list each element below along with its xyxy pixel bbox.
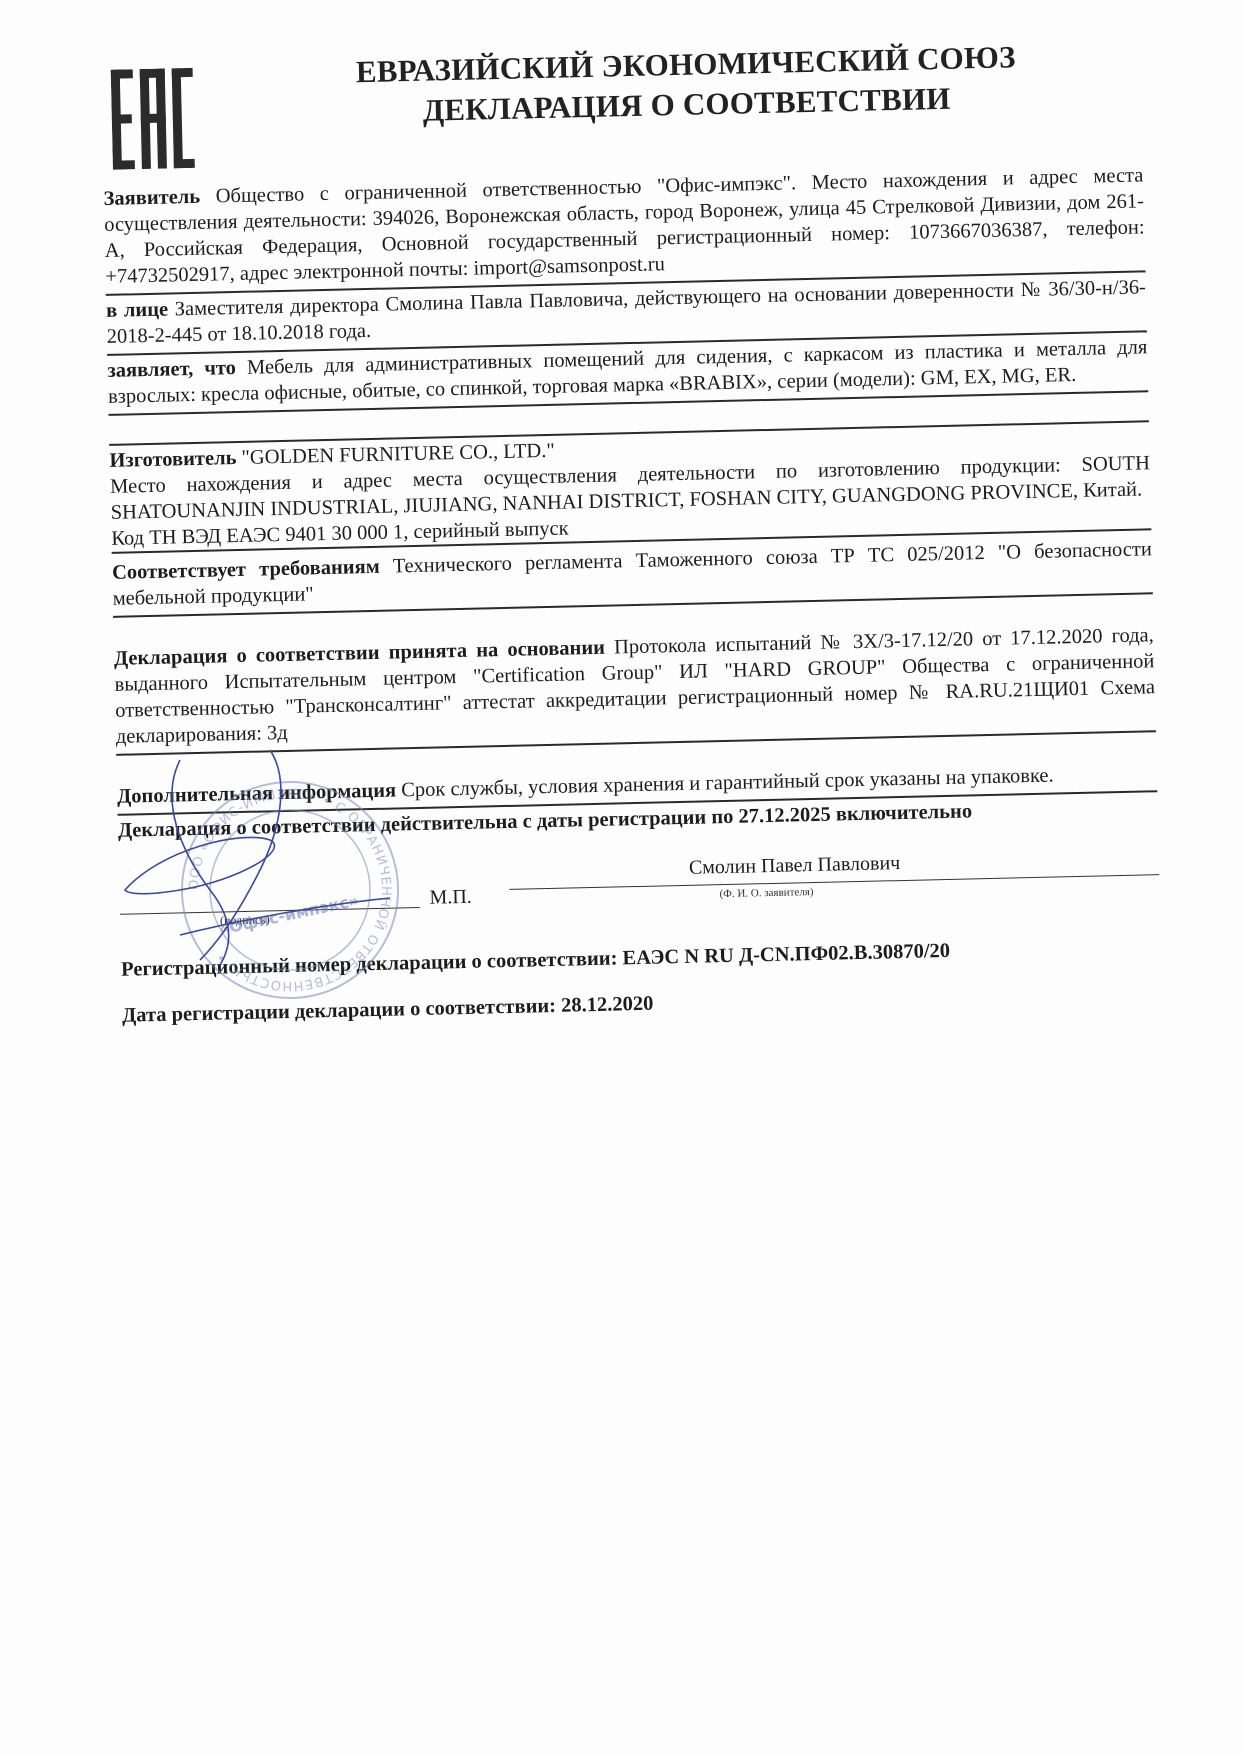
declaration-sheet: ЕВРАЗИЙСКИЙ ЭКОНОМИЧЕСКИЙ СОЮЗ ДЕКЛАРАЦИ… (100, 16, 1162, 1028)
manufacturer-label: Изготовитель (109, 447, 236, 472)
compliance-label: Соответствует требованиям (112, 556, 380, 584)
manufacturer-block: Изготовитель "GOLDEN FURNITURE CO., LTD.… (109, 420, 1151, 554)
signature-caption: (подпись) (220, 912, 270, 928)
declaration-page: ЕВРАЗИЙСКИЙ ЭКОНОМИЧЕСКИЙ СОЮЗ ДЕКЛАРАЦИ… (0, 0, 1242, 1755)
document-title: ЕВРАЗИЙСКИЙ ЭКОНОМИЧЕСКИЙ СОЮЗ ДЕКЛАРАЦИ… (325, 37, 1047, 133)
additional-info-label: Дополнительная информация (117, 779, 396, 807)
representative-label: в лице (106, 299, 168, 322)
basis-text: Протокола испытаний № 3Х/3-17.12/20 от 1… (114, 624, 1155, 748)
basis-section: Декларация о соответствии принята на осн… (114, 620, 1156, 756)
signature-line (120, 907, 420, 915)
signer-name: Смолин Павел Павлович (689, 852, 901, 880)
signer-caption: (Ф. И. О. заявителя) (719, 886, 813, 900)
applicant-text: Общество с ограниченной ответственностью… (104, 164, 1145, 288)
applicant-label: Заявитель (103, 186, 200, 210)
declares-label: заявляет, что (107, 357, 236, 382)
eac-logo-icon (111, 68, 195, 170)
document-header: ЕВРАЗИЙСКИЙ ЭКОНОМИЧЕСКИЙ СОЮЗ ДЕКЛАРАЦИ… (100, 16, 1143, 170)
registration-date: Дата регистрации декларации о соответств… (122, 979, 1162, 1029)
seal-label: М.П. (429, 886, 472, 910)
